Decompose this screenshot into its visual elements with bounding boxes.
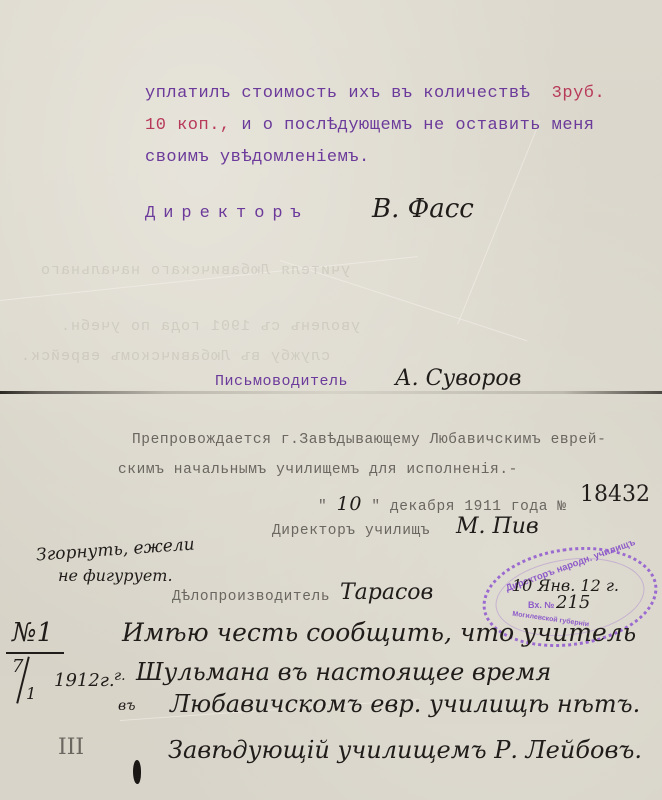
- bleed-through-text: учителя Любавичскаго начальнаго: [40, 262, 350, 279]
- forwarding-date: " 10 " декабря 1911 года №: [318, 493, 567, 515]
- clerk-label: Письмоводитель: [215, 373, 348, 390]
- reply-line-3-prefix: въ: [118, 698, 135, 714]
- office-clerk-signature: Тарасов: [340, 580, 433, 605]
- reply-ref-month: 1: [26, 684, 36, 703]
- bleed-through-text: уволенъ съ 1901 года по учебн.: [60, 318, 360, 335]
- reply-line-3: Любавичскомъ евр. училищѣ нѣтъ.: [170, 690, 640, 718]
- date-day-handwritten: 10: [337, 493, 362, 515]
- quote-mark: ": [371, 499, 380, 515]
- ink-blot: [133, 760, 141, 784]
- director-signature: В. Фасс: [372, 194, 474, 224]
- reply-line-1: Имѣю честь сообщить, что учитель: [122, 618, 636, 647]
- fold-line: [0, 391, 662, 394]
- ref-underline: [6, 652, 64, 654]
- reply-ref-year: 1912г.: [54, 670, 115, 691]
- reply-line-4-signature: Завѣдующiй училищемъ Р. Лейбовъ.: [168, 736, 642, 764]
- schools-director-label: Директоръ училищъ: [272, 523, 430, 539]
- typed-amount-kopecks: 10 коп.,: [145, 116, 231, 135]
- reply-line-2: Шульмана въ настоящее время: [136, 658, 551, 686]
- typed-text: и о послѣдующемъ не оставить меня: [241, 116, 594, 135]
- schools-director-signature: М. Пив: [456, 514, 539, 539]
- date-text: декабря 1911 года №: [390, 499, 567, 515]
- outgoing-number: 18432: [580, 482, 650, 507]
- director-label: Директоръ: [145, 204, 309, 223]
- typed-line-3: своимъ увѣдомленiемъ.: [145, 148, 370, 167]
- bleed-through-text: службу въ Любавичскомъ еврейск.: [20, 348, 330, 365]
- clerk-signature: А. Суворов: [395, 366, 521, 391]
- reply-ref-number: №1: [12, 618, 53, 648]
- reply-line-2-prefix: г.: [114, 668, 126, 684]
- margin-note-line-2: не фигурует.: [58, 566, 173, 585]
- typed-line-1: уплатилъ стоимость ихъ въ количествѣ 3ру…: [145, 84, 605, 103]
- typed-amount-rubles: 3руб.: [552, 84, 606, 103]
- forwarding-line-1: Препровождается г.Завѣдывающему Любавичс…: [132, 432, 606, 448]
- stamp-number-handwritten: 215: [556, 592, 590, 613]
- archive-mark: III: [58, 735, 84, 760]
- forwarding-line-2: скимъ начальнымъ училищемъ для исполненi…: [118, 462, 518, 478]
- typed-text: уплатилъ стоимость ихъ въ количествѣ: [145, 84, 530, 103]
- stamp-number-label: Вх. №: [528, 600, 554, 610]
- typed-line-2: 10 коп., и о послѣдующемъ не оставить ме…: [145, 116, 594, 135]
- quote-mark: ": [318, 499, 327, 515]
- reply-ref-day: 7: [12, 656, 23, 677]
- office-clerk-label: Дѣлопроизводитель: [172, 589, 330, 605]
